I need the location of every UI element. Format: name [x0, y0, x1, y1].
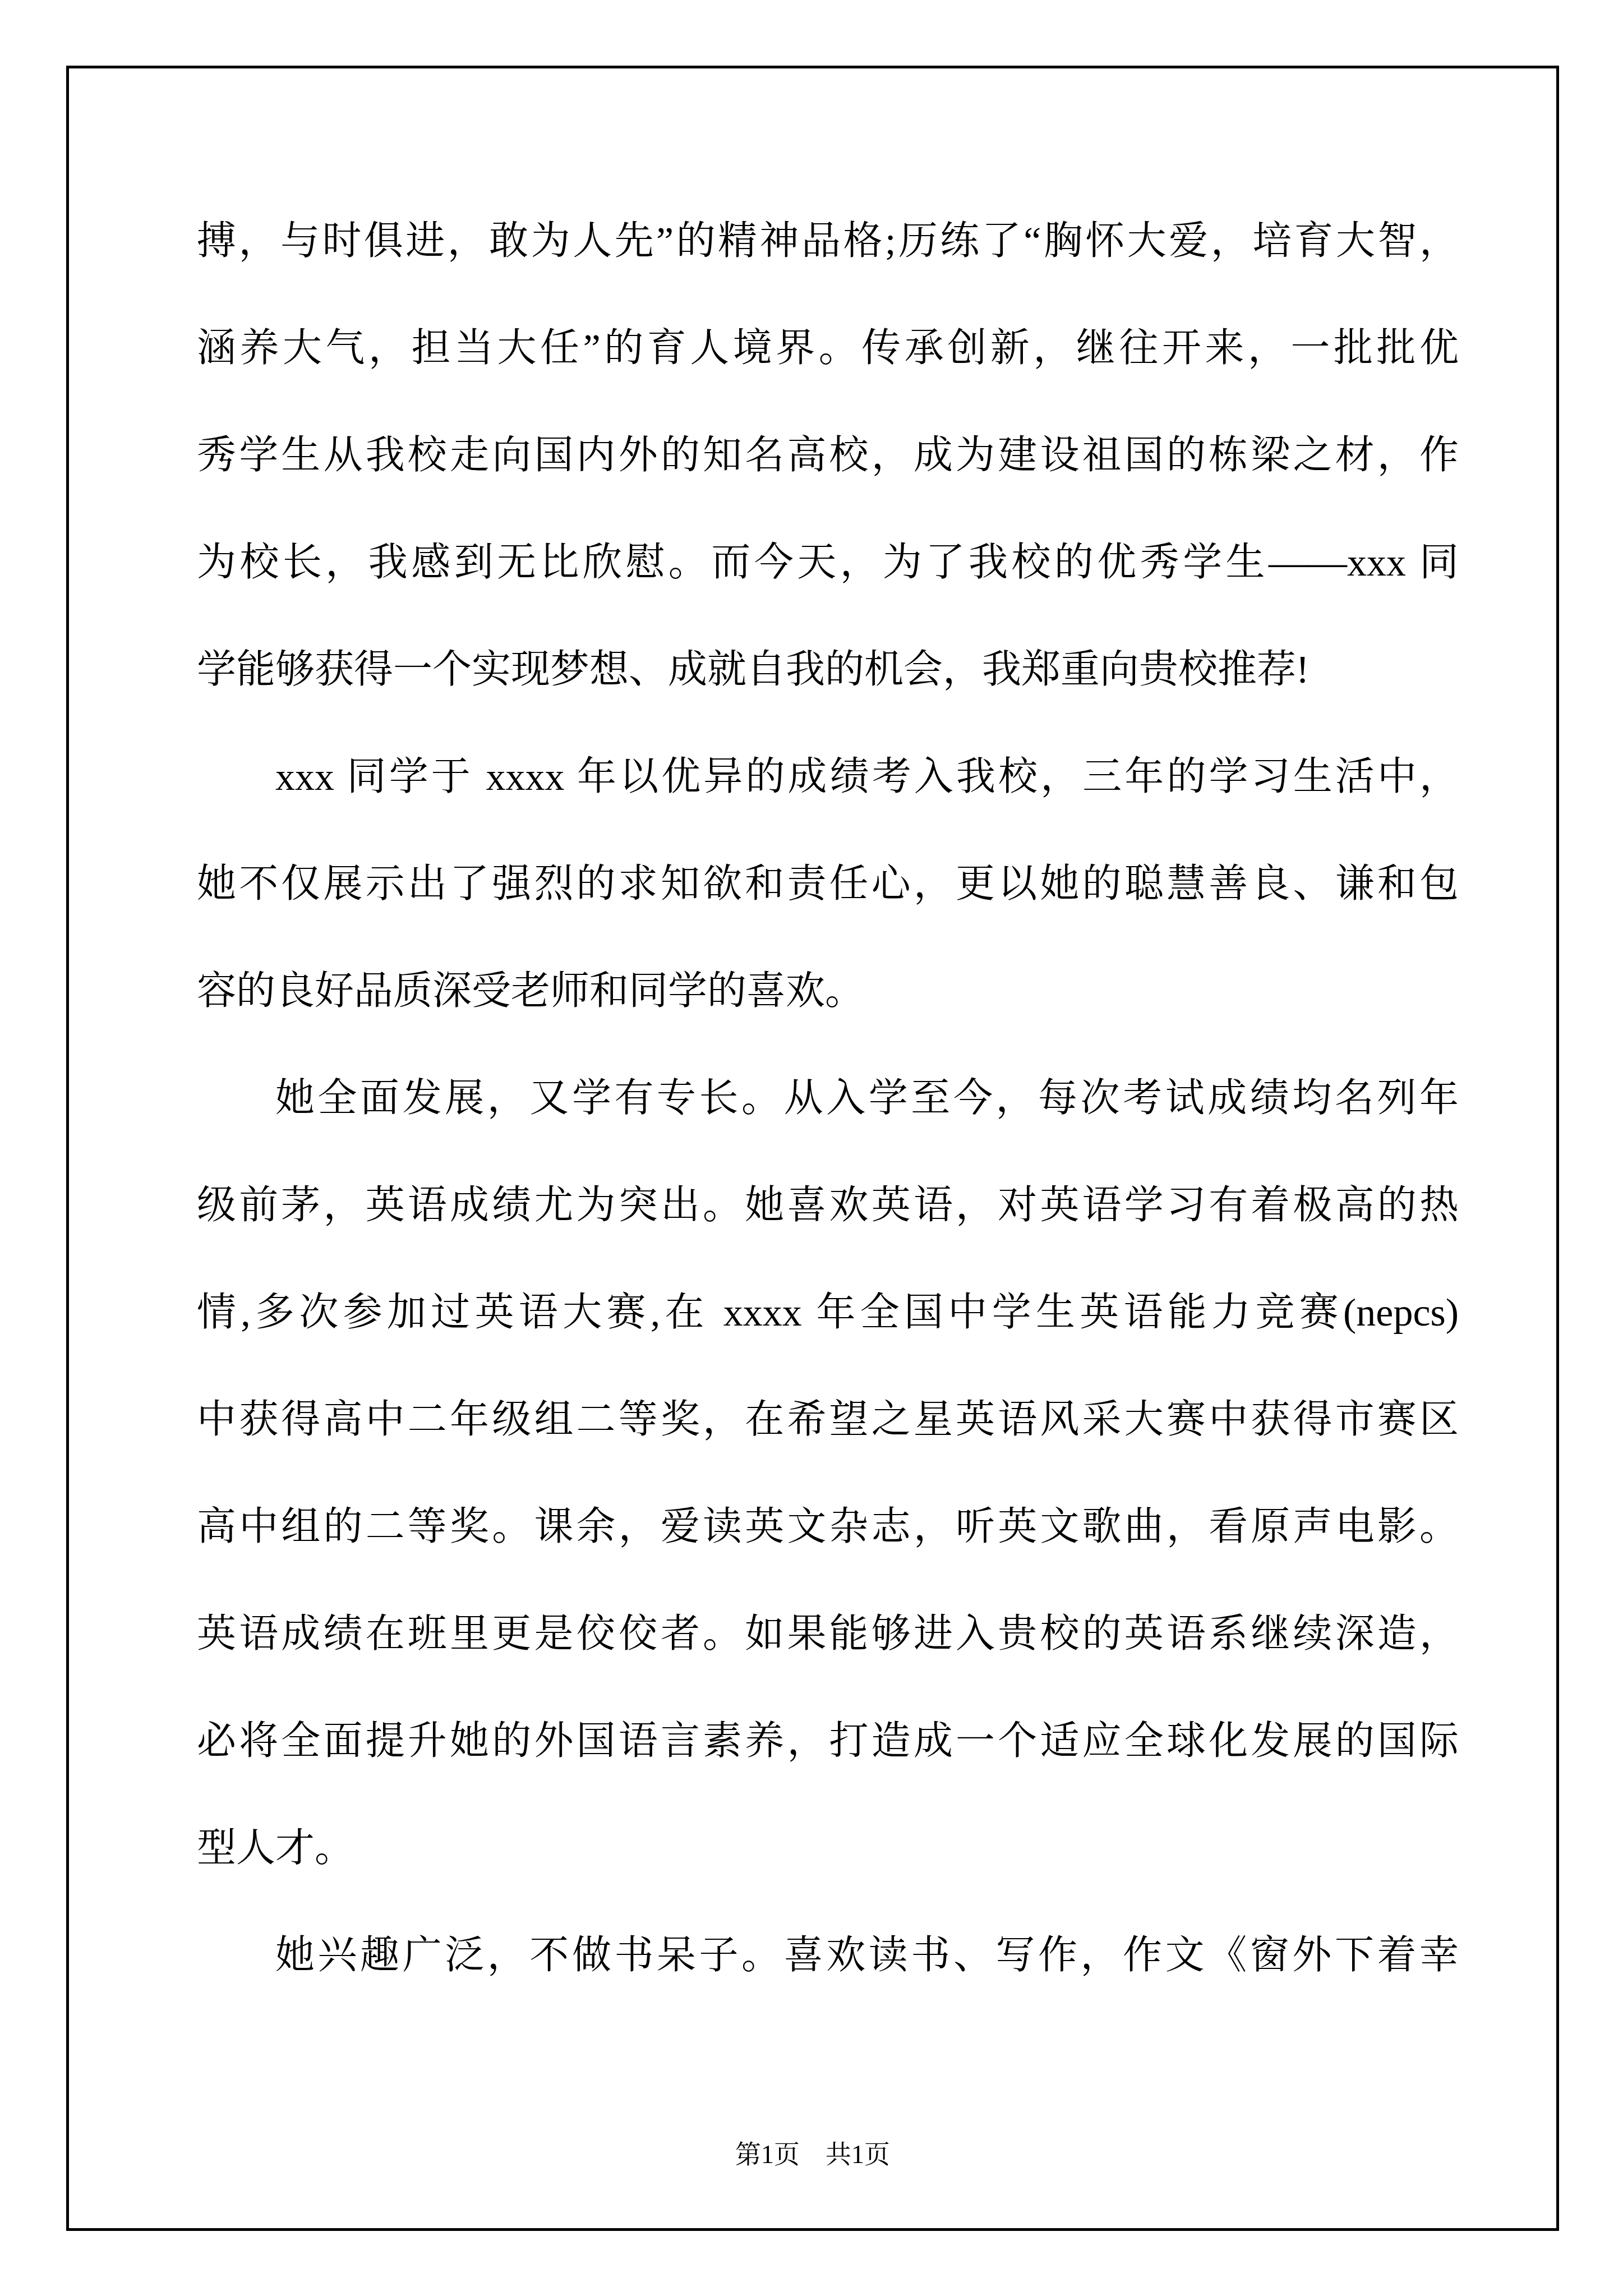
- text-line: 中获得高中二年级组二等奖，在希望之星英语风采大赛中获得市赛区: [197, 1366, 1459, 1474]
- text-line: 高中组的二等奖。课余，爱读英文杂志，听英文歌曲，看原声电影。: [197, 1474, 1459, 1581]
- text-line: 涵养大气，担当大任”的育人境界。传承创新，继往开来，一批批优: [197, 295, 1459, 402]
- text-line: 型人才。: [197, 1795, 1459, 1902]
- text-line: 级前茅，英语成绩尤为突出。她喜欢英语，对英语学习有着极高的热: [197, 1152, 1459, 1259]
- text-line: 情,多次参加过英语大赛,在 xxxx 年全国中学生英语能力竞赛(nepcs): [197, 1259, 1459, 1366]
- text-line: 她不仅展示出了强烈的求知欲和责任心，更以她的聪慧善良、谦和包: [197, 831, 1459, 938]
- document-page: 搏，与时俱进，敢为人先”的精神品格;历练了“胸怀大爱，培育大智，涵养大气，担当大…: [0, 0, 1623, 2296]
- text-line: 秀学生从我校走向国内外的知名高校，成为建设祖国的栋梁之材，作: [197, 402, 1459, 509]
- text-line: 她全面发展，又学有专长。从入学至今，每次考试成绩均名列年: [197, 1045, 1459, 1152]
- text-line: 搏，与时俱进，敢为人先”的精神品格;历练了“胸怀大爱，培育大智，: [197, 188, 1459, 295]
- text-line: 英语成绩在班里更是佼佼者。如果能够进入贵校的英语系继续深造，: [197, 1581, 1459, 1688]
- text-line: xxx 同学于 xxxx 年以优异的成绩考入我校，三年的学习生活中，: [197, 724, 1459, 831]
- document-body: 搏，与时俱进，敢为人先”的精神品格;历练了“胸怀大爱，培育大智，涵养大气，担当大…: [197, 188, 1459, 2009]
- text-line: 为校长，我感到无比欣慰。而今天，为了我校的优秀学生——xxx 同: [197, 509, 1459, 616]
- text-line: 容的良好品质深受老师和同学的喜欢。: [197, 938, 1459, 1045]
- text-line: 学能够获得一个实现梦想、成就自我的机会，我郑重向贵校推荐!: [197, 616, 1459, 724]
- text-line: 必将全面提升她的外国语言素养，打造成一个适应全球化发展的国际: [197, 1688, 1459, 1795]
- page-footer: 第1页 共1页: [66, 2135, 1559, 2174]
- text-line: 她兴趣广泛，不做书呆子。喜欢读书、写作，作文《窗外下着幸: [197, 1902, 1459, 2009]
